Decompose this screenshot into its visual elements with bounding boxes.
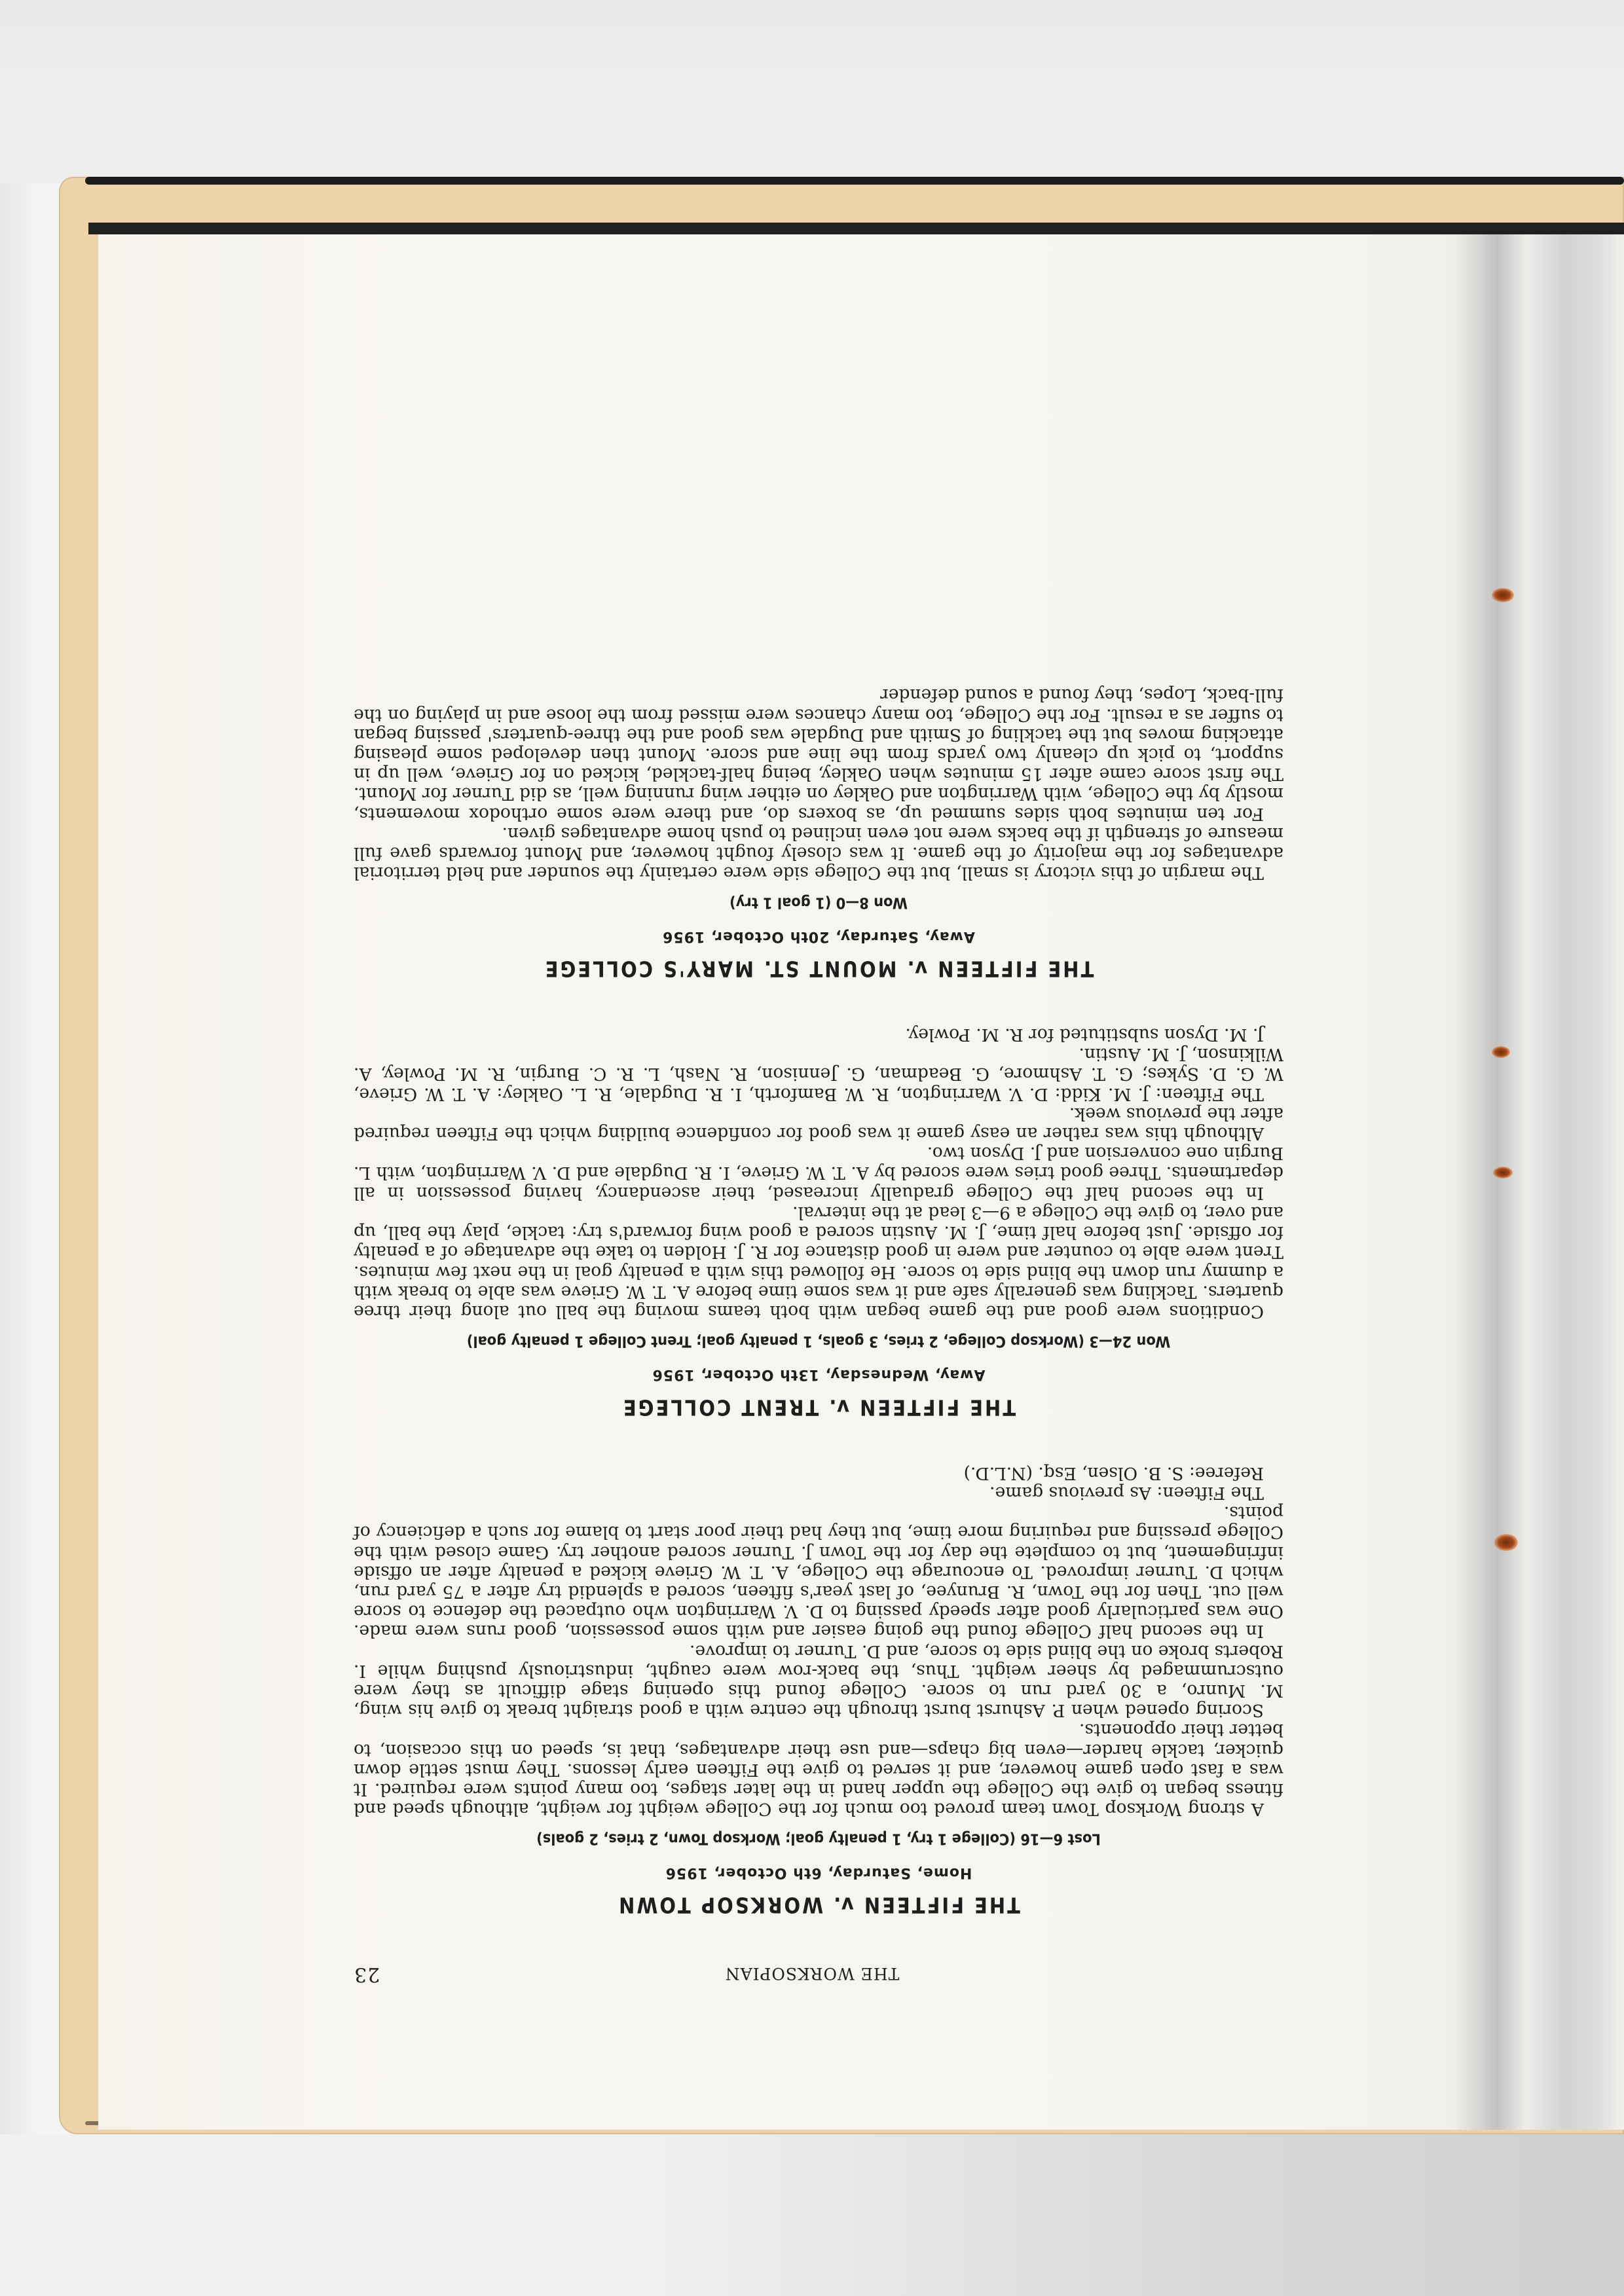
printed-page-content: THE WORKSOPIAN 23 THE FIFTEEN v. WORKSOP… (354, 432, 1283, 1984)
cover-top-shadow (85, 177, 1624, 185)
rust-stain (1492, 1046, 1510, 1058)
match-result: Won 8—0 (1 goal 1 try) (354, 892, 1283, 914)
report-paragraph: In the second half the College gradually… (354, 1143, 1283, 1203)
rust-stain (1493, 1167, 1513, 1178)
report-paragraph: A strong Worksop Town team proved too mu… (354, 1720, 1283, 1819)
rust-stain (1494, 1534, 1518, 1551)
referee-line: Referee: S. B. Olsen, Esq. (N.L.D.) (354, 1463, 1283, 1483)
page-number: 23 (354, 1964, 380, 1984)
match-result: Lost 6—16 (College 1 try, 1 penalty goal… (354, 1829, 1283, 1850)
page-gutter-shadow (1454, 234, 1526, 2130)
match-report-worksop-town: THE FIFTEEN v. WORKSOP TOWN Home, Saturd… (354, 1463, 1283, 1915)
rust-stain (1492, 588, 1514, 602)
match-date: Away, Saturday, 20th October, 1956 (354, 926, 1283, 945)
report-paragraph: In the second half College found the goi… (354, 1503, 1283, 1641)
match-title: THE FIFTEEN v. WORKSOP TOWN (354, 1893, 1283, 1916)
substitution-line: J. M. Dyson substituted for R. M. Powley… (354, 1025, 1283, 1044)
match-report-trent-college: THE FIFTEEN v. TRENT COLLEGE Away, Wedne… (354, 1025, 1283, 1417)
team-lineup: The Fifteen: J. M. Kidd: D. V. Warringto… (354, 1044, 1283, 1104)
scanner-background-bottom (0, 2134, 1624, 2296)
match-report-mount-st-marys: THE FIFTEEN v. MOUNT ST. MARY'S COLLEGE … (354, 685, 1283, 979)
report-paragraph: The margin of this victory is small, but… (354, 824, 1283, 883)
match-result: Won 24—3 (Worksop College, 2 tries, 3 go… (354, 1330, 1283, 1352)
scanner-background-top (0, 0, 1624, 183)
report-paragraph: Although this was rather an easy game it… (354, 1104, 1283, 1143)
report-paragraph: Scoring opened when P. Ashurst burst thr… (354, 1641, 1283, 1720)
match-date: Home, Saturday, 6th October, 1956 (354, 1862, 1283, 1882)
journal-title: THE WORKSOPIAN (380, 1963, 1283, 1983)
match-title: THE FIFTEEN v. MOUNT ST. MARY'S COLLEGE (354, 957, 1283, 980)
report-paragraph: For ten minutes both sides summed up, as… (354, 685, 1283, 823)
cover-inner-shadow (88, 223, 1624, 234)
match-date: Away, Wednesday, 13th October, 1956 (354, 1364, 1283, 1384)
report-paragraph: Conditions were good and the game began … (354, 1203, 1283, 1321)
team-lineup: The Fifteen: As previous game. (354, 1483, 1283, 1503)
match-title: THE FIFTEEN v. TRENT COLLEGE (354, 1396, 1283, 1419)
running-head: THE WORKSOPIAN 23 (354, 1963, 1283, 1984)
